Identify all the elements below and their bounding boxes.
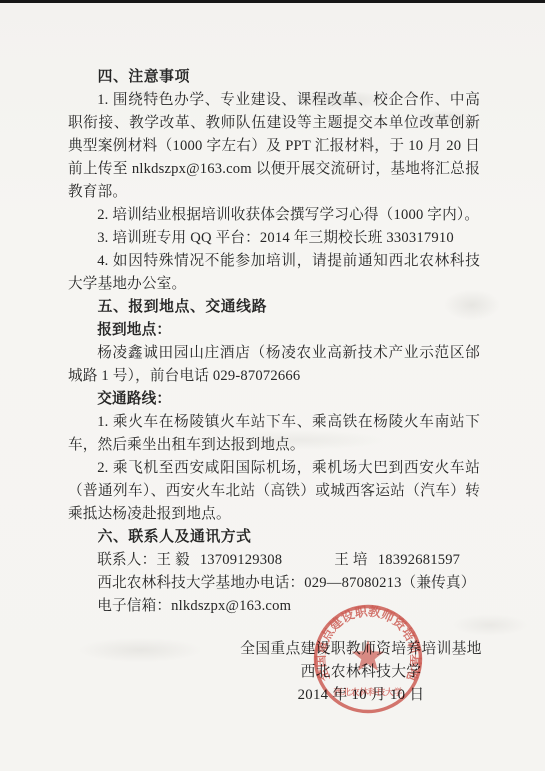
signature-date: 2014 年 10 月 10 日 (237, 684, 485, 707)
notes-item-1: 1. 围绕特色办学、专业建设、课程改革、校企合作、中高职衔接、教学改革、教师队伍… (68, 89, 480, 204)
contact-persons-line: 联系人：王 毅13709129308王 培18392681597 (68, 549, 480, 572)
contact-name-1: 王 毅 (156, 552, 189, 568)
scan-edge-artifact (0, 0, 545, 3)
signature-block: 全国重点建设职教师资培养培训基地 西北农林科技大学 2014 年 10 月 10… (237, 638, 485, 707)
scanned-document-page: 四、注意事项 1. 围绕特色办学、专业建设、课程改革、校企合作、中高职衔接、教学… (0, 0, 545, 771)
signature-org-line2: 西北农林科技大学 (237, 661, 485, 684)
contact-name-2: 王 培 (334, 552, 367, 568)
route-item-1: 1. 乘火车在杨陵镇火车站下车、乘高铁在杨陵火车南站下车，然后乘坐出租车到达报到… (68, 411, 480, 457)
subhead-traffic-route: 交通路线： (68, 388, 480, 411)
notes-item-2: 2. 培训结业根据培训收获体会撰写学习心得（1000 字内）。 (68, 204, 480, 227)
office-phone-line: 西北农林科技大学基地办电话：029—87080213（兼传真） (68, 572, 480, 595)
subhead-report-location: 报到地点： (68, 319, 480, 342)
notes-item-3: 3. 培训班专用 QQ 平台：2014 年三期校长班 330317910 (68, 227, 480, 250)
section-location-heading: 五、报到地点、交通线路 (68, 296, 480, 319)
contact-phone-1: 13709129308 (200, 552, 282, 568)
notes-item-4: 4. 如因特殊情况不能参加培训，请提前通知西北农林科技大学基地办公室。 (68, 250, 480, 296)
contact-phone-2: 18392681597 (378, 552, 460, 568)
section-notes-heading: 四、注意事项 (68, 66, 480, 89)
report-location-text: 杨凌鑫诚田园山庄酒店（杨凌农业高新技术产业示范区邰城路 1 号），前台电话 02… (68, 342, 480, 388)
contact-label: 联系人： (97, 552, 156, 568)
section-contact-heading: 六、联系人及通讯方式 (68, 526, 480, 549)
document-body: 四、注意事项 1. 围绕特色办学、专业建设、课程改革、校企合作、中高职衔接、教学… (68, 66, 480, 618)
route-item-2: 2. 乘飞机至西安咸阳国际机场，乘机场大巴到西安火车站（普通列车）、西安火车北站… (68, 457, 480, 526)
signature-org-line1: 全国重点建设职教师资培养培训基地 (237, 638, 485, 661)
email-line: 电子信箱：nlkdszpx@163.com (68, 595, 480, 618)
